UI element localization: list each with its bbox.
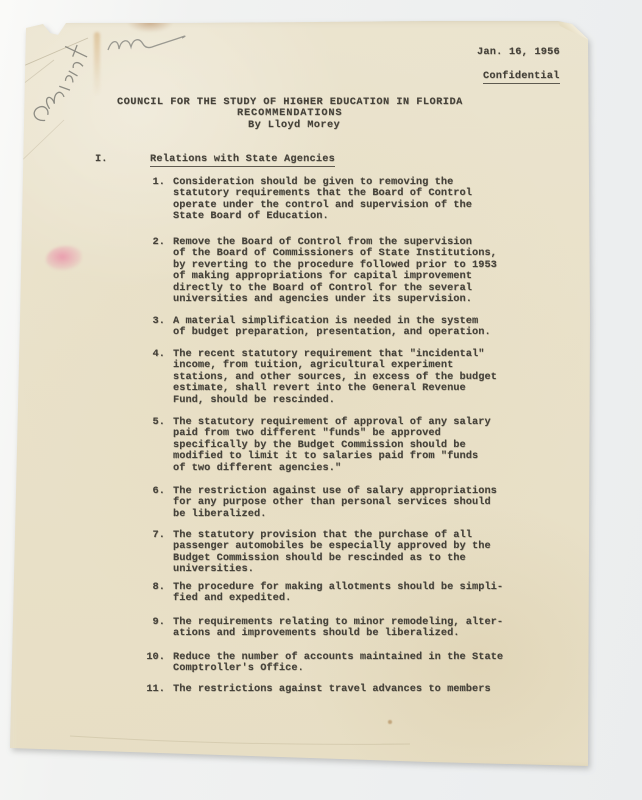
list-item: 2. Remove the Board of Control from the … bbox=[140, 237, 525, 305]
item-number: 1. bbox=[140, 177, 165, 188]
list-item: 5. The statutory requirement of approval… bbox=[140, 417, 525, 474]
item-text: A material simplification is needed in t… bbox=[173, 316, 525, 339]
item-text: The restriction against use of salary ap… bbox=[173, 486, 525, 520]
document-subtitle: RECOMMENDATIONS bbox=[237, 108, 342, 119]
classification-text: Confidential bbox=[483, 71, 560, 84]
item-text: Reduce the number of accounts maintained… bbox=[173, 652, 525, 675]
item-number: 10. bbox=[140, 652, 165, 663]
item-number: 7. bbox=[140, 530, 165, 541]
item-text: The procedure for making allotments shou… bbox=[173, 582, 525, 605]
list-item: 8. The procedure for making allotments s… bbox=[140, 582, 525, 605]
list-item: 6. The restriction against use of salary… bbox=[140, 486, 525, 520]
item-number: 4. bbox=[140, 349, 165, 360]
document-date: Jan. 16, 1956 bbox=[477, 47, 560, 58]
stain-speck bbox=[388, 720, 392, 724]
item-number: 11. bbox=[140, 684, 165, 695]
list-item: 4. The recent statutory requirement that… bbox=[140, 349, 525, 406]
corner-fold bbox=[558, 20, 590, 42]
list-item: 7. The statutory provision that the purc… bbox=[140, 530, 525, 576]
item-number: 8. bbox=[140, 582, 165, 593]
item-text: The requirements relating to minor remod… bbox=[173, 617, 525, 640]
item-number: 9. bbox=[140, 617, 165, 628]
item-text: The restrictions against travel advances… bbox=[173, 684, 525, 695]
item-number: 2. bbox=[140, 237, 165, 248]
list-item: 3. A material simplification is needed i… bbox=[140, 316, 525, 339]
list-item: 10. Reduce the number of accounts mainta… bbox=[140, 652, 525, 675]
section-heading: Relations with State Agencies bbox=[150, 153, 335, 167]
handwritten-note-icon bbox=[22, 40, 94, 125]
section-numeral: I. bbox=[95, 154, 150, 165]
stain bbox=[128, 20, 172, 32]
list-item: 1. Consideration should be given to remo… bbox=[140, 177, 525, 223]
item-number: 5. bbox=[140, 417, 165, 428]
item-text: Consideration should be given to removin… bbox=[173, 177, 525, 223]
pencil-scribble-icon bbox=[108, 36, 185, 50]
stain bbox=[94, 32, 100, 96]
pink-smudge bbox=[46, 246, 82, 270]
section-heading-row: I.Relations with State Agencies bbox=[95, 154, 335, 165]
item-text: The statutory provision that the purchas… bbox=[173, 530, 525, 576]
item-number: 6. bbox=[140, 486, 165, 497]
document-byline: By Lloyd Morey bbox=[248, 120, 340, 131]
paper-sheet: Jan. 16, 1956 Confidential COUNCIL FOR T… bbox=[10, 20, 596, 770]
scanned-page: Jan. 16, 1956 Confidential COUNCIL FOR T… bbox=[10, 20, 596, 770]
list-item: 11. The restrictions against travel adva… bbox=[140, 684, 525, 695]
list-item: 9. The requirements relating to minor re… bbox=[140, 617, 525, 640]
item-text: The recent statutory requirement that "i… bbox=[173, 349, 525, 406]
item-text: The statutory requirement of approval of… bbox=[173, 417, 525, 474]
item-text: Remove the Board of Control from the sup… bbox=[173, 237, 525, 305]
item-number: 3. bbox=[140, 316, 165, 327]
